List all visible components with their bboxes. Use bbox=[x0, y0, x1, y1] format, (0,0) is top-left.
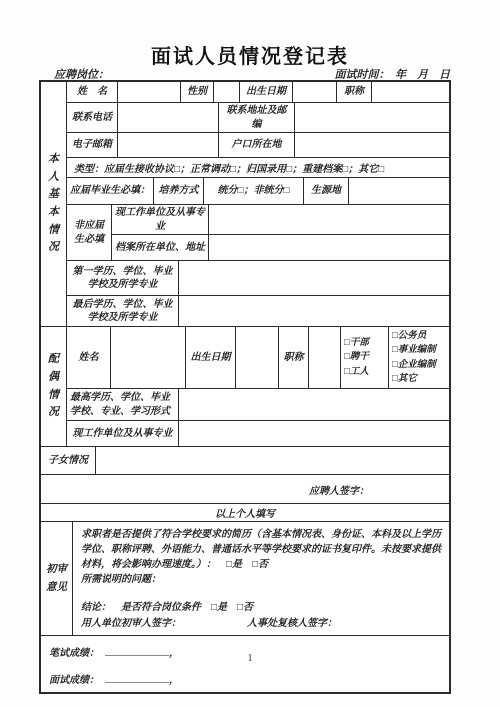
address-field[interactable] bbox=[294, 103, 449, 132]
spouse-employment-options: □公务员 □事业编制 □企业编制 □其它 bbox=[388, 327, 449, 388]
registration-form-table: 本人基本情况 姓 名 性别 出生日期 职称 联系电话 联系地址及邮编 bbox=[39, 80, 451, 694]
spouse-cadre-options: □干部 □聘干 □工人 bbox=[340, 327, 388, 388]
enterprise-checkbox[interactable]: □企业编制 bbox=[392, 358, 446, 372]
first-degree-field[interactable] bbox=[178, 261, 449, 295]
review-section-sidebar: 初审意见 bbox=[41, 522, 72, 635]
personal-row-fresh-grad: 应届毕业生必填： 培养方式 统分□；非统分□ 生源地 bbox=[67, 177, 449, 204]
spouse-section: 配偶情况 姓名 出生日期 职称 □干部 □聘干 □工人 □公务员 bbox=[41, 326, 449, 446]
review-note-label: 所需说明的问题： bbox=[81, 572, 441, 587]
spouse-birth-field[interactable] bbox=[235, 327, 278, 388]
spouse-title-field[interactable] bbox=[308, 327, 340, 388]
personal-rows: 姓 名 性别 出生日期 职称 联系电话 联系地址及邮编 电子邮箱 bbox=[66, 82, 449, 326]
first-degree-row: 第一学历、学位、毕业学校及所学专业 bbox=[67, 260, 449, 295]
current-work-row: 现工作单位及从事专业 bbox=[112, 205, 449, 234]
personal-section-sidebar: 本人基本情况 bbox=[41, 82, 66, 326]
spouse-birth-label: 出生日期 bbox=[185, 327, 235, 388]
residence-field[interactable] bbox=[294, 133, 449, 157]
spouse-degree-row: 最高学历、学位、毕业学校、专业、学习形式 bbox=[67, 388, 449, 420]
cadre-checkbox[interactable]: □干部 bbox=[344, 336, 385, 350]
spouse-name-label: 姓名 bbox=[67, 327, 110, 388]
personal-row-nonfresh: 非应届生必填 现工作单位及从事专业 档案所在单位、地址 bbox=[67, 204, 449, 260]
spouse-title-label: 职称 bbox=[278, 327, 308, 388]
spouse-row-name: 姓名 出生日期 职称 □干部 □聘干 □工人 □公务员 □事业编制 □企业编制 bbox=[67, 327, 449, 388]
training-mode-label: 培养方式 bbox=[153, 178, 203, 204]
birth-field[interactable] bbox=[292, 82, 336, 102]
archive-label: 档案所在单位、地址 bbox=[112, 235, 208, 260]
origin-label: 生源地 bbox=[303, 178, 348, 204]
review-blank-space[interactable] bbox=[81, 587, 441, 600]
address-label: 联系地址及邮编 bbox=[218, 103, 294, 132]
divider-row: 以上个人填写 bbox=[41, 503, 449, 521]
title-label: 职称 bbox=[336, 82, 371, 102]
origin-field[interactable] bbox=[348, 178, 449, 204]
current-work-field[interactable] bbox=[208, 205, 449, 234]
applicant-signature-label: 应聘人签字： bbox=[309, 482, 369, 497]
spouse-degree-field[interactable] bbox=[178, 389, 449, 420]
current-work-label: 现工作单位及从事专业 bbox=[112, 205, 208, 234]
unit-reviewer-signature-label: 用人单位初审人签字： bbox=[81, 616, 181, 631]
hr-verifier-signature-label: 人事处复核人签字： bbox=[247, 616, 337, 631]
interview-score-suffix: ， bbox=[169, 675, 179, 686]
interview-score-field[interactable] bbox=[105, 673, 169, 683]
review-section: 初审意见 求职者是否提供了符合学校要求的简历（含基本情况表、身份证、本科及以上学… bbox=[41, 521, 449, 635]
spouse-name-field[interactable] bbox=[110, 327, 185, 388]
children-row: 子女情况 bbox=[41, 446, 449, 474]
page-title: 面试人员情况登记表 bbox=[0, 40, 500, 69]
first-degree-label: 第一学历、学位、毕业学校及所学专业 bbox=[67, 261, 178, 295]
review-conclusion[interactable]: 结论： 是否符合岗位条件 □是 □否 bbox=[81, 600, 441, 615]
birth-label: 出生日期 bbox=[239, 82, 292, 102]
gender-label: 性别 bbox=[180, 82, 213, 102]
review-paragraph[interactable]: 求职者是否提供了符合学校要求的简历（含基本情况表、身份证、本科及以上学历学位、职… bbox=[81, 527, 441, 572]
archive-field[interactable] bbox=[208, 235, 449, 260]
non-fresh-subrows: 现工作单位及从事专业 档案所在单位、地址 bbox=[111, 205, 449, 260]
divider-label: 以上个人填写 bbox=[215, 505, 275, 520]
spouse-work-label: 现工作单位及从事专业 bbox=[67, 421, 178, 446]
training-mode-options[interactable]: 统分□；非统分□ bbox=[203, 178, 303, 204]
type-checkbox-line[interactable]: 类型：应届生接收协议□；正常调动□；归国录用□；重建档案□；其它□ bbox=[74, 160, 384, 175]
other-checkbox[interactable]: □其它 bbox=[392, 372, 446, 386]
personal-row-contact: 联系电话 联系地址及邮编 bbox=[67, 102, 449, 132]
interview-score-line: 面试成绩：， bbox=[49, 671, 441, 686]
final-degree-field[interactable] bbox=[178, 296, 449, 326]
spouse-section-sidebar: 配偶情况 bbox=[41, 327, 66, 446]
archive-row: 档案所在单位、地址 bbox=[112, 234, 449, 260]
children-field[interactable] bbox=[95, 447, 449, 474]
review-sign-line: 用人单位初审人签字： 人事处复核人签字： bbox=[81, 616, 441, 631]
public-inst-checkbox[interactable]: □事业编制 bbox=[392, 343, 446, 357]
spouse-degree-label: 最高学历、学位、毕业学校、专业、学习形式 bbox=[67, 389, 178, 420]
personal-section: 本人基本情况 姓 名 性别 出生日期 职称 联系电话 联系地址及邮编 bbox=[41, 82, 449, 326]
review-content: 求职者是否提供了符合学校要求的简历（含基本情况表、身份证、本科及以上学历学位、职… bbox=[72, 522, 449, 635]
form-page: 面试人员情况登记表 应聘岗位： 面试时间： 年 月 日 本人基本情况 姓 名 性… bbox=[0, 0, 500, 707]
personal-row-type: 类型：应届生接收协议□；正常调动□；归国录用□；重建档案□；其它□ bbox=[67, 157, 449, 177]
residence-label: 户口所在地 bbox=[218, 133, 294, 157]
final-degree-row: 最后学历、学位、毕业学校及所学专业 bbox=[67, 295, 449, 326]
spouse-work-field[interactable] bbox=[178, 421, 449, 446]
phone-field[interactable] bbox=[117, 103, 218, 132]
hired-cadre-checkbox[interactable]: □聘干 bbox=[344, 350, 385, 364]
spouse-rows: 姓名 出生日期 职称 □干部 □聘干 □工人 □公务员 □事业编制 □企业编制 bbox=[66, 327, 449, 446]
spouse-work-row: 现工作单位及从事专业 bbox=[67, 420, 449, 446]
page-number: 1 bbox=[0, 653, 500, 664]
title-field[interactable] bbox=[371, 82, 449, 102]
personal-row-email: 电子邮箱 户口所在地 bbox=[67, 132, 449, 157]
applicant-signature-row: 应聘人签字： bbox=[41, 474, 449, 503]
personal-sidebar-label: 本人基本情况 bbox=[48, 151, 59, 257]
name-label: 姓 名 bbox=[67, 82, 117, 102]
review-sidebar-label: 初审意见 bbox=[46, 561, 67, 597]
non-fresh-label: 非应届生必填 bbox=[67, 205, 111, 260]
name-field[interactable] bbox=[117, 82, 180, 102]
interview-score-label: 面试成绩： bbox=[49, 675, 99, 686]
phone-label: 联系电话 bbox=[67, 103, 117, 132]
fresh-grad-label: 应届毕业生必填： bbox=[67, 178, 153, 204]
email-field[interactable] bbox=[117, 133, 218, 157]
final-degree-label: 最后学历、学位、毕业学校及所学专业 bbox=[67, 296, 178, 326]
children-label: 子女情况 bbox=[41, 447, 95, 474]
spouse-sidebar-label: 配偶情况 bbox=[48, 351, 59, 421]
civil-servant-checkbox[interactable]: □公务员 bbox=[392, 329, 446, 343]
worker-checkbox[interactable]: □工人 bbox=[344, 365, 385, 379]
personal-row-name: 姓 名 性别 出生日期 职称 bbox=[67, 82, 449, 102]
email-label: 电子邮箱 bbox=[67, 133, 117, 157]
gender-field[interactable] bbox=[213, 82, 239, 102]
